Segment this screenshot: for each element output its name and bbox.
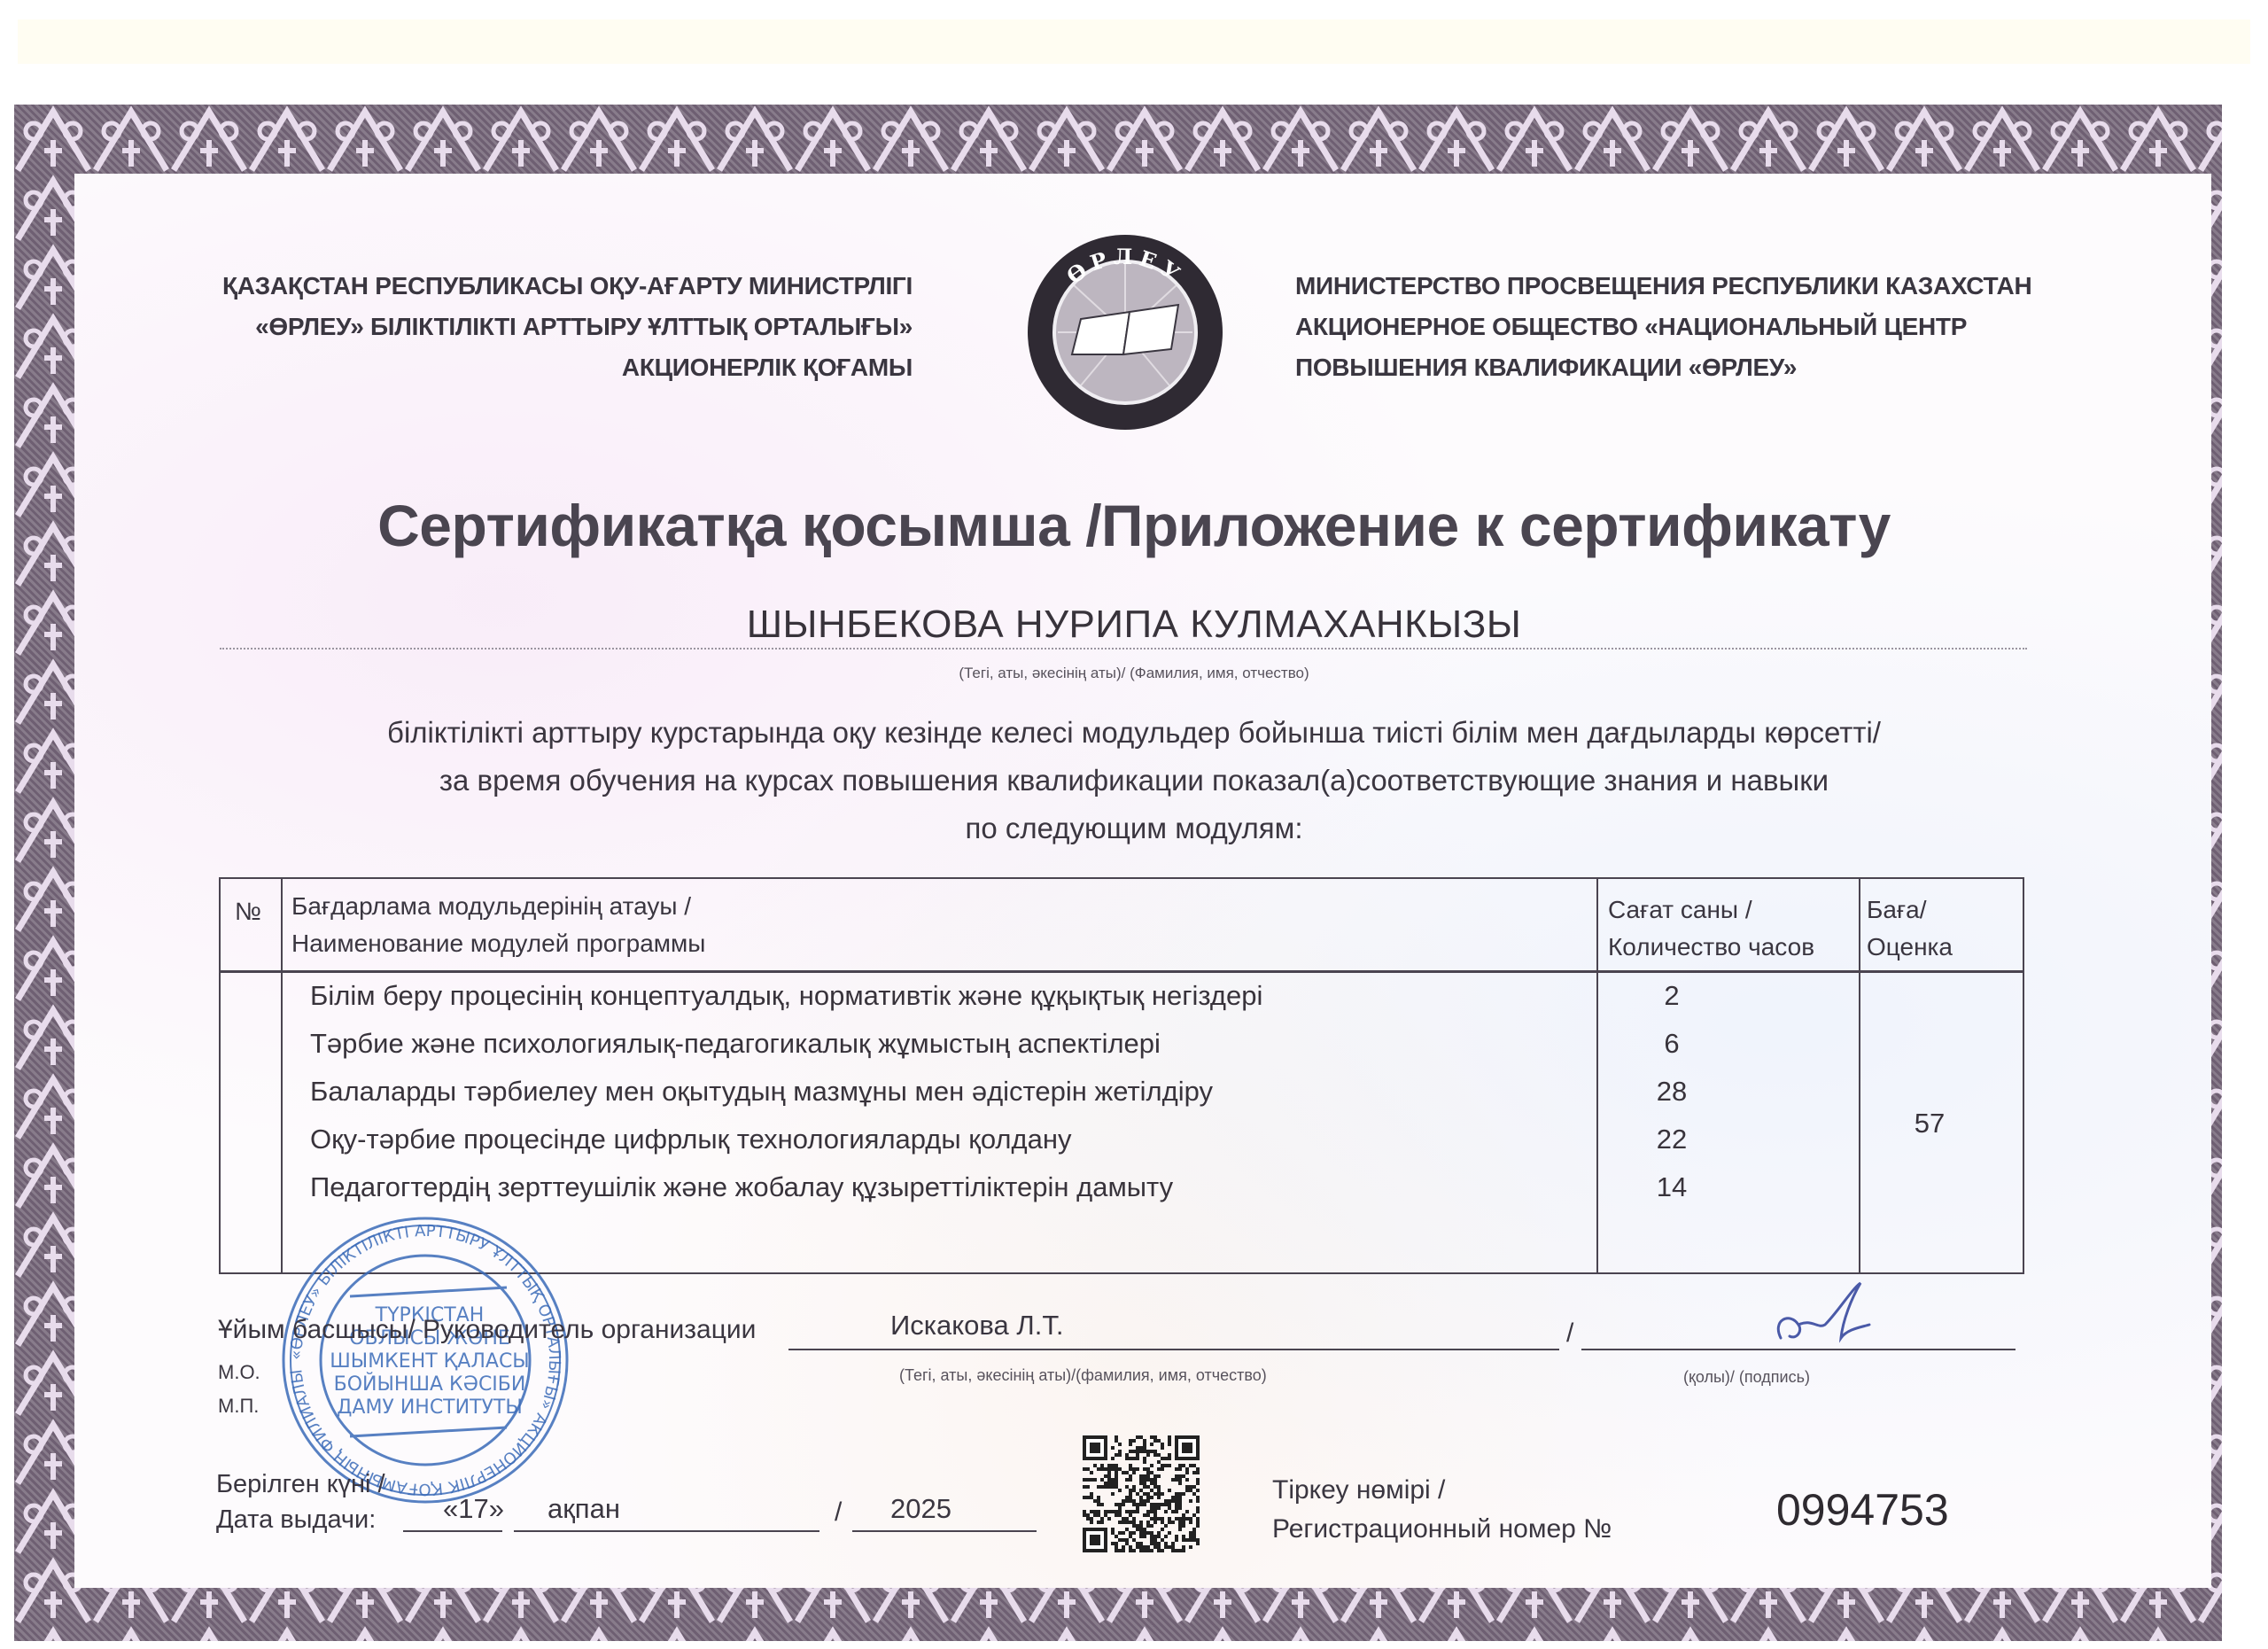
table-row-hours: 2 [1596,980,1747,1012]
registration-number: 0994753 [1776,1484,1949,1536]
modules-table: № Бағдарлама модульдерінің атауы / Наиме… [219,877,2024,1274]
header-hours-ru: Количество часов [1608,929,1814,966]
header-hours-kz: Сағат саны / [1608,891,1814,929]
table-row-hours: 14 [1596,1171,1747,1203]
open-book-emblem-icon: ӨРЛЕУ [1019,230,1231,434]
header-hours: Сағат саны / Количество часов [1608,891,1814,966]
organization-head-label: Ұйым басшысы/ Руководитель организации [218,1315,756,1345]
svg-text:БОЙЫНША КӘСІБИ: БОЙЫНША КӘСІБИ [334,1373,526,1396]
recipient-name-caption: (Тегі, аты, әкесінің аты)/ (Фамилия, имя… [142,665,2126,682]
table-row-hours: 6 [1596,1028,1747,1060]
table-header-divider [221,970,2023,973]
statement-line-3: по следующим модулям: [142,805,2126,852]
seal-place-kz: М.О. [218,1356,260,1389]
header-grade: Баға/ Оценка [1867,891,1953,966]
year-line [852,1530,1037,1532]
issue-date-label: Берілген күні / Дата выдачи: [216,1466,385,1537]
month-line [514,1530,819,1532]
header-grade-kz: Баға/ [1867,891,1953,929]
svg-text:ШЫМКЕНТ ҚАЛАСЫ: ШЫМКЕНТ ҚАЛАСЫ [330,1350,529,1373]
header-ru-line-2: АКЦИОНЕРНОЕ ОБЩЕСТВО «НАЦИОНАЛЬНЫЙ ЦЕНТР [1295,307,2093,347]
statement-line-1: біліктілікті арттыру курстарында оқу кез… [142,709,2126,757]
recipient-full-name: ШЫНБЕКОВА НУРИПА КУЛМАХАНКЫЗЫ [142,603,2126,647]
table-divider [1859,879,1860,1272]
round-seal-icon: «ӨРЛЕУ» БІЛІКТІЛІКТІ АРТТЫРУ ҰЛТТЫҚ ОРТА… [266,1218,585,1502]
registration-label-kz: Тіркеу нөмірі / [1272,1471,1612,1510]
header-number: № [235,893,261,930]
name-underline [220,648,2027,649]
header-russian: МИНИСТЕРСТВО ПРОСВЕЩЕНИЯ РЕСПУБЛИКИ КАЗА… [1295,266,2093,388]
signatory-name: Искакова Л.Т. [890,1310,1063,1342]
svg-text:ДАМУ ИНСТИТУТЫ: ДАМУ ИНСТИТУТЫ [337,1396,523,1419]
header-module-kz: Бағдарлама модульдерінің атауы / [291,888,705,925]
issue-date-label-kz: Берілген күні / [216,1466,385,1502]
table-row-module-name: Балаларды тәрбиелеу мен оқытудың мазмұны… [310,1076,1213,1108]
header-kazakh: ҚАЗАҚСТАН РЕСПУБЛИКАСЫ ОҚУ-АҒАРТУ МИНИСТ… [168,266,913,388]
registration-label-ru: Регистрационный номер № [1272,1510,1612,1549]
grade-value: 57 [1859,1108,2000,1140]
header-grade-ru: Оценка [1867,929,1953,966]
document-title: Сертификатқа қосымша /Приложение к серти… [142,492,2126,559]
registration-label: Тіркеу нөмірі / Регистрационный номер № [1272,1471,1612,1549]
table-row-module-name: Білім беру процесінің концептуалдық, нор… [310,980,1262,1012]
statement-line-2: за время обучения на курсах повышения кв… [142,757,2126,805]
day-line [403,1530,502,1532]
table-divider [281,879,283,1272]
official-stamp: «ӨРЛЕУ» БІЛІКТІЛІКТІ АРТТЫРУ ҰЛТТЫҚ ОРТА… [266,1218,585,1502]
issue-date-label-ru: Дата выдачи: [216,1502,385,1537]
date-separator: / [835,1497,842,1528]
statement-text: біліктілікті арттыру курстарында оқу кез… [142,709,2126,852]
signature-separator: / [1566,1318,1573,1349]
table-row-hours: 22 [1596,1124,1747,1155]
issue-day: «17» [443,1493,504,1525]
seal-place-ru: М.П. [218,1389,260,1423]
header-ru-line-1: МИНИСТЕРСТВО ПРОСВЕЩЕНИЯ РЕСПУБЛИКИ КАЗА… [1295,266,2093,307]
scan-top-band [18,19,2250,64]
signatory-name-caption: (Тегі, аты, әкесінің аты)/(фамилия, имя,… [899,1366,1267,1385]
handwritten-signature [1763,1276,1887,1351]
orleu-logo: ӨРЛЕУ [1019,230,1231,434]
header-kz-line-1: ҚАЗАҚСТАН РЕСПУБЛИКАСЫ ОҚУ-АҒАРТУ МИНИСТ… [168,266,913,307]
table-row-module-name: Тәрбие және психологиялық-педагогикалық … [310,1028,1161,1060]
table-row-module-name: Педагогтердің зерттеушілік және жобалау … [310,1171,1173,1203]
signature-scribble-icon [1763,1276,1887,1347]
seal-place-label: М.О. М.П. [218,1356,260,1423]
header-module-name: Бағдарлама модульдерінің атауы / Наимено… [291,888,705,962]
signature-caption: (қолы)/ (подпись) [1683,1368,1810,1387]
header-kz-line-2: «ӨРЛЕУ» БІЛІКТІЛІКТІ АРТТЫРУ ҰЛТТЫҚ ОРТА… [168,307,913,347]
qr-code-icon [1083,1435,1200,1552]
signatory-name-line [788,1349,1559,1350]
header-module-ru: Наименование модулей программы [291,925,705,962]
issue-month: ақпан [548,1493,620,1525]
header-ru-line-3: ПОВЫШЕНИЯ КВАЛИФИКАЦИИ «ӨРЛЕУ» [1295,347,2093,388]
table-row-module-name: Оқу-тәрбие процесінде цифрлық технология… [310,1124,1071,1155]
header-kz-line-3: АКЦИОНЕРЛІК ҚОҒАМЫ [168,347,913,388]
table-row-hours: 28 [1596,1076,1747,1108]
issue-year: 2025 [890,1493,951,1525]
